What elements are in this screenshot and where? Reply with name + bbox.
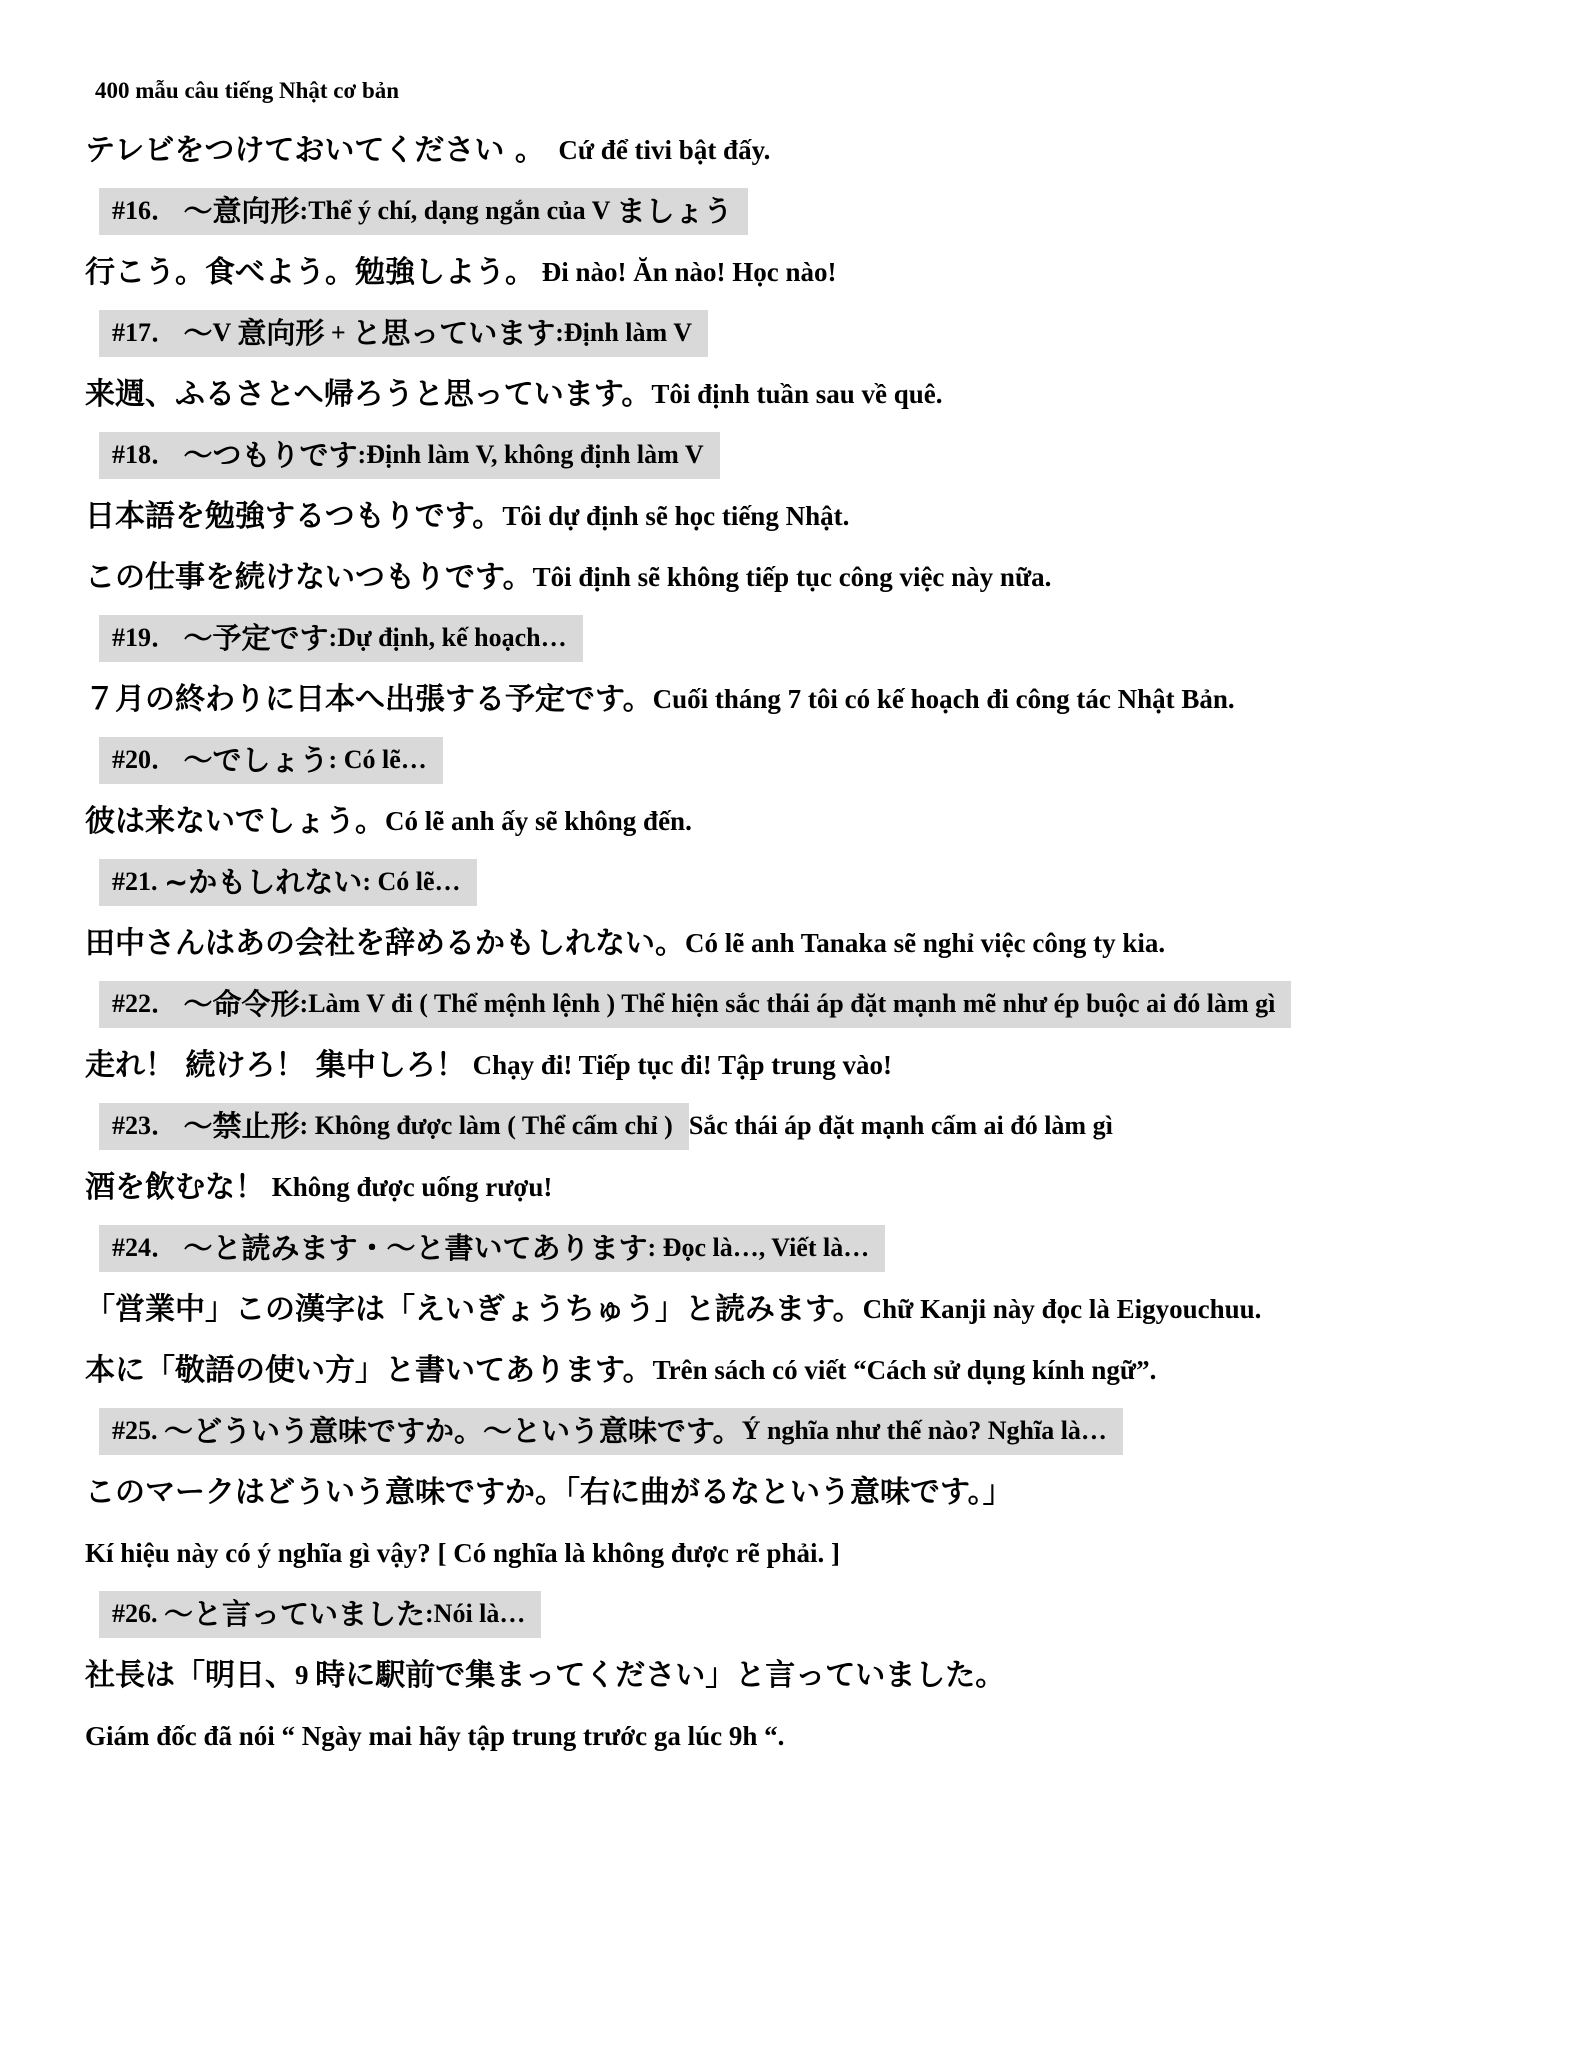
highlight-band: #17． ～V 意向形 + と思っています:Định làm V xyxy=(99,310,708,358)
vietnamese-text: :Làm V đi ( Thể mệnh lệnh ) Thể hiện sắc… xyxy=(300,990,1276,1019)
lines-container: テレビをつけておいてください 。 Cứ để tivi bật đấy.#16．… xyxy=(85,120,1543,1767)
japanese-text: ～予定です xyxy=(184,623,329,655)
sentence-line: 来週、ふるさとへ帰ろうと思っています。Tôi định tuần sau về … xyxy=(85,364,1543,425)
vietnamese-text: : Có lẽ… xyxy=(329,746,427,775)
highlight-band: #25. ～どういう意味ですか。～という意味です。Ý nghĩa như thế… xyxy=(99,1408,1123,1456)
vietnamese-text: Cuối tháng 7 tôi có kế hoạch đi công tác… xyxy=(653,685,1235,715)
sentence-line: このマークはどういう意味ですか。「右に曲がるなという意味です。」 xyxy=(85,1462,1543,1523)
sentence-line: 酒を飲むな！ Không được uống rượu! xyxy=(85,1157,1543,1218)
vietnamese-text: #17． xyxy=(112,319,184,348)
vietnamese-text: :Dự định, kế hoạch… xyxy=(329,624,567,653)
vietnamese-text: :Định làm V xyxy=(555,319,692,348)
section-heading: #19． ～予定です:Dự định, kế hoạch… xyxy=(85,608,1543,669)
japanese-text: ～意向形 xyxy=(184,196,300,228)
vietnamese-text: #16． xyxy=(112,197,184,226)
vietnamese-text: Ý nghĩa như thế nào? Nghĩa là… xyxy=(742,1417,1107,1446)
sentence-line: 「営業中」この漢字は「えいぎょうちゅう」と読みます。Chữ Kanji này … xyxy=(85,1279,1543,1340)
japanese-text: 行こう。食べよう。勉強しよう。 xyxy=(85,256,535,289)
vietnamese-text: Chữ Kanji này đọc là Eigyouchuu. xyxy=(863,1295,1262,1325)
highlight-band: #23． ～禁止形: Không được làm ( Thể cấm chỉ … xyxy=(99,1103,689,1151)
highlight-band: #16． ～意向形:Thể ý chí, dạng ngắn của V ましょ… xyxy=(99,188,748,236)
vietnamese-text: Tôi định tuần sau về quê. xyxy=(651,380,942,410)
japanese-text: ましょう xyxy=(616,196,732,228)
japanese-text: と思っています xyxy=(352,318,555,350)
vietnamese-text: : Không được làm ( Thể cấm chỉ ) xyxy=(300,1112,673,1141)
vietnamese-text: Có lẽ anh ấy sẽ không đến. xyxy=(385,807,692,837)
highlight-band: #20． ～でしょう: Có lẽ… xyxy=(99,737,443,785)
vietnamese-text: :Nói là… xyxy=(425,1600,525,1629)
vietnamese-text: #25. xyxy=(112,1417,164,1446)
sentence-line: Kí hiệu này có ý nghĩa gì vậy? [ Có nghĩ… xyxy=(85,1523,1543,1584)
vietnamese-text: Tôi dự định sẽ học tiếng Nhật. xyxy=(502,502,849,532)
highlight-band: #19． ～予定です:Dự định, kế hoạch… xyxy=(99,615,583,663)
japanese-text: ～でしょう xyxy=(184,745,329,777)
vietnamese-text: #22． xyxy=(112,990,184,1019)
vietnamese-text: : Đọc là…, Viết là… xyxy=(648,1234,870,1263)
sentence-line: 社長は「明日、9 時に駅前で集まってください」と言っていました。 xyxy=(85,1645,1543,1706)
vietnamese-text: Kí hiệu này có ý nghĩa gì vậy? [ Có nghĩ… xyxy=(85,1539,840,1569)
sentence-line: 日本語を勉強するつもりです。Tôi dự định sẽ học tiếng N… xyxy=(85,486,1543,547)
highlight-band: #26. ～と言っていました:Nói là… xyxy=(99,1591,541,1639)
japanese-text: 「営業中」この漢字は「えいぎょうちゅう」と読みます。 xyxy=(85,1293,863,1326)
japanese-text: ～ xyxy=(184,318,213,350)
section-heading: #24． ～と読みます・～と書いてあります: Đọc là…, Viết là… xyxy=(85,1218,1543,1279)
japanese-text: ~かもしれない xyxy=(164,867,362,899)
japanese-text: 走れ！ 続けろ！ 集中しろ！ xyxy=(85,1049,466,1082)
vietnamese-text: #24． xyxy=(112,1234,184,1263)
japanese-text: ～つもりです xyxy=(184,440,358,472)
highlight-band: #24． ～と読みます・～と書いてあります: Đọc là…, Viết là… xyxy=(99,1225,885,1273)
sentence-line: テレビをつけておいてください 。 Cứ để tivi bật đấy. xyxy=(85,120,1543,181)
japanese-text: 時に駅前で集まってください」と言っていました。 xyxy=(315,1659,1005,1692)
japanese-text: 社長は「明日、 xyxy=(85,1659,295,1692)
section-heading: #16． ～意向形:Thể ý chí, dạng ngắn của V ましょ… xyxy=(85,181,1543,242)
section-heading: #18． ～つもりです:Định làm V, không định làm V xyxy=(85,425,1543,486)
section-heading: #20． ～でしょう: Có lẽ… xyxy=(85,730,1543,791)
vietnamese-text: #26. xyxy=(112,1600,164,1629)
japanese-text: この仕事を続けないつもりです。 xyxy=(85,561,533,594)
sentence-line: 行こう。食べよう。勉強しよう。 Đi nào! Ăn nào! Học nào! xyxy=(85,242,1543,303)
vietnamese-text: #20． xyxy=(112,746,184,775)
vietnamese-text: :Định làm V, không định làm V xyxy=(358,441,704,470)
vietnamese-text: Không được uống rượu! xyxy=(265,1173,552,1203)
japanese-text: 酒を飲むな！ xyxy=(85,1171,265,1204)
vietnamese-text: Tôi định sẽ không tiếp tục công việc này… xyxy=(533,563,1052,593)
vietnamese-text: #19． xyxy=(112,624,184,653)
section-heading: #23． ～禁止形: Không được làm ( Thể cấm chỉ … xyxy=(85,1096,1543,1157)
section-heading: #25. ～どういう意味ですか。～という意味です。Ý nghĩa như thế… xyxy=(85,1401,1543,1462)
vietnamese-text: Sắc thái áp đặt mạnh cấm ai đó làm gì xyxy=(689,1112,1113,1141)
japanese-text: ～命令形 xyxy=(184,989,300,1021)
sentence-line: 本に「敬語の使い方」と書いてあります。Trên sách có viết “Cá… xyxy=(85,1340,1543,1401)
section-heading: #26. ～と言っていました:Nói là… xyxy=(85,1584,1543,1645)
sentence-line: 田中さんはあの会社を辞めるかもしれない。Có lẽ anh Tanaka sẽ … xyxy=(85,913,1543,974)
vietnamese-text: 9 xyxy=(295,1661,315,1691)
japanese-text: 彼は来ないでしょう。 xyxy=(85,805,385,838)
sentence-line: ７月の終わりに日本へ出張する予定です。Cuối tháng 7 tôi có k… xyxy=(85,669,1543,730)
vietnamese-text: Giám đốc đã nói “ Ngày mai hãy tập trung… xyxy=(85,1722,784,1752)
sentence-line: 走れ！ 続けろ！ 集中しろ！ Chạy đi! Tiếp tục đi! Tập… xyxy=(85,1035,1543,1096)
japanese-text: 意向形 xyxy=(237,318,324,350)
vietnamese-text: #21. xyxy=(112,868,164,897)
japanese-text: 田中さんはあの会社を辞めるかもしれない。 xyxy=(85,927,685,960)
sentence-line: Giám đốc đã nói “ Ngày mai hãy tập trung… xyxy=(85,1706,1543,1767)
highlight-band: #21. ~かもしれない: Có lẽ… xyxy=(99,859,477,907)
japanese-text: ～禁止形 xyxy=(184,1111,300,1143)
vietnamese-text: Cứ để tivi bật đấy. xyxy=(545,136,770,166)
japanese-text: ～どういう意味ですか。～という意味です。 xyxy=(164,1416,742,1448)
japanese-text: 日本語を勉強するつもりです。 xyxy=(85,500,502,533)
document-title: 400 mẫu câu tiếng Nhật cơ bản xyxy=(95,76,1543,106)
document-page: 400 mẫu câu tiếng Nhật cơ bản テレビをつけておいて… xyxy=(0,0,1583,1767)
vietnamese-text: V xyxy=(213,319,238,348)
japanese-text: 本に「敬語の使い方」と書いてあります。 xyxy=(85,1354,653,1387)
highlight-band: #18． ～つもりです:Định làm V, không định làm V xyxy=(99,432,720,480)
section-heading: #17． ～V 意向形 + と思っています:Định làm V xyxy=(85,303,1543,364)
vietnamese-text: Có lẽ anh Tanaka sẽ nghỉ việc công ty ki… xyxy=(685,929,1165,959)
vietnamese-text: Trên sách có viết “Cách sử dụng kính ngữ… xyxy=(653,1356,1157,1386)
vietnamese-text: :Thể ý chí, dạng ngắn của V xyxy=(300,197,617,226)
sentence-line: 彼は来ないでしょう。Có lẽ anh ấy sẽ không đến. xyxy=(85,791,1543,852)
section-heading: #22． ～命令形:Làm V đi ( Thể mệnh lệnh ) Thể… xyxy=(85,974,1543,1035)
vietnamese-text: : Có lẽ… xyxy=(362,868,460,897)
vietnamese-text: Chạy đi! Tiếp tục đi! Tập trung vào! xyxy=(466,1051,892,1081)
japanese-text: このマークはどういう意味ですか。「右に曲がるなという意味です。」 xyxy=(85,1476,1013,1509)
sentence-line: この仕事を続けないつもりです。Tôi định sẽ không tiếp tụ… xyxy=(85,547,1543,608)
japanese-text: ７月の終わりに日本へ出張する予定です。 xyxy=(85,683,653,716)
japanese-text: ～と言っていました xyxy=(164,1599,425,1631)
highlight-band: #22． ～命令形:Làm V đi ( Thể mệnh lệnh ) Thể… xyxy=(99,981,1291,1029)
japanese-text: テレビをつけておいてください 。 xyxy=(85,134,545,167)
japanese-text: 来週、ふるさとへ帰ろうと思っています。 xyxy=(85,378,651,411)
vietnamese-text: + xyxy=(324,319,352,348)
vietnamese-text: #18． xyxy=(112,441,184,470)
section-heading: #21. ~かもしれない: Có lẽ… xyxy=(85,852,1543,913)
japanese-text: ～と読みます・～と書いてあります xyxy=(184,1233,648,1265)
vietnamese-text: #23． xyxy=(112,1112,184,1141)
vietnamese-text: Đi nào! Ăn nào! Học nào! xyxy=(535,258,837,288)
